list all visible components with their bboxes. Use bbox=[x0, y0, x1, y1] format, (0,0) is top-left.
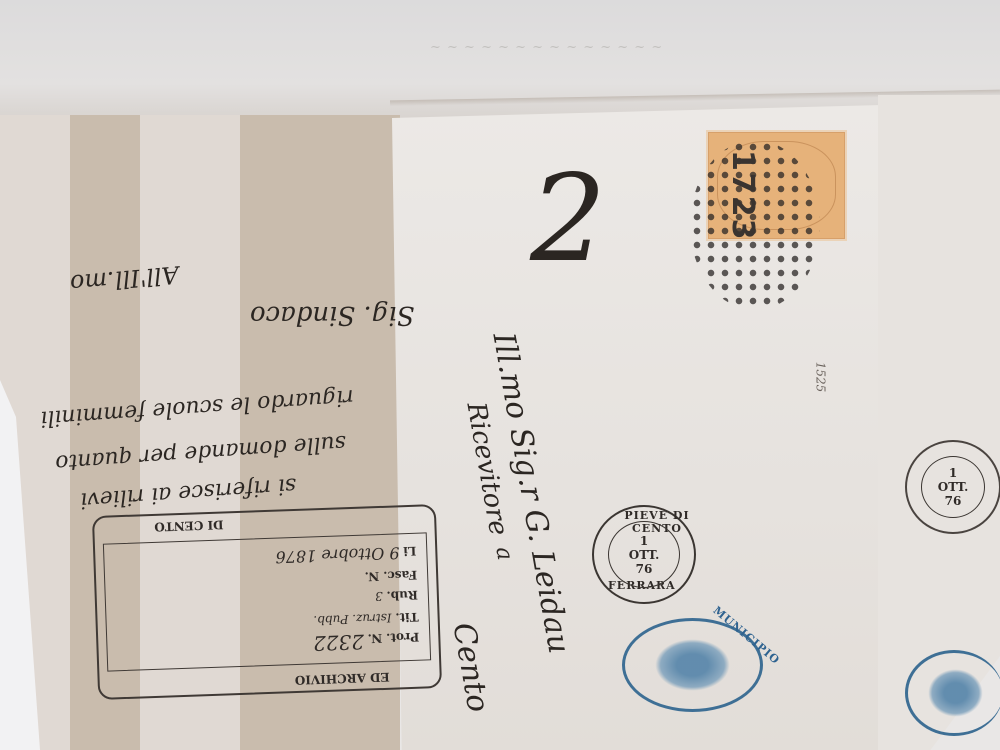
row-label: Tit. bbox=[395, 610, 419, 625]
row-value: 3 bbox=[375, 589, 383, 603]
faint-bleed-through-text: ~ ~ ~ ~ ~ ~ ~ ~ ~ ~ ~ ~ ~ ~ bbox=[430, 40, 663, 55]
postmark-date: 1 OTT. 76 bbox=[921, 456, 985, 518]
postmark-pieve-di-cento: PIEVE DI CENTO FERRARA 1 OTT. 76 bbox=[592, 505, 696, 604]
protocol-row: Li 9 Ottobre 1876 bbox=[275, 543, 416, 567]
protocol-row: Fasc. N. bbox=[364, 568, 417, 584]
postmark-date: 1 OTT. 76 bbox=[608, 521, 680, 588]
pencil-note: 1525 bbox=[813, 362, 827, 393]
row-value: 9 Ottobre 1876 bbox=[275, 543, 400, 566]
photo-scene: ~ ~ ~ ~ ~ ~ ~ ~ ~ ~ ~ ~ ~ ~ 1723 2 Ill.m… bbox=[0, 0, 1000, 750]
postmark-day: 1 bbox=[949, 466, 957, 480]
seal-emblem bbox=[928, 669, 983, 717]
postmark-month: OTT. bbox=[938, 480, 969, 494]
postmark-month: OTT. bbox=[629, 548, 660, 562]
stamp-top-text: DI CENTO bbox=[154, 517, 224, 533]
postmark-year: 76 bbox=[945, 494, 962, 508]
postage-mark-handwritten: 2 bbox=[530, 150, 606, 289]
postmark-year: 76 bbox=[636, 562, 653, 576]
protocol-archive-stamp: ED ARCHIVIO DI CENTO Prot. N. 2322 Tit. … bbox=[92, 504, 442, 700]
protocol-row: Rub. 3 bbox=[375, 588, 418, 603]
municipio-seal: MUNICIPIO bbox=[622, 618, 763, 712]
row-value: 2322 bbox=[313, 630, 365, 656]
row-value: Istruz. Pubb. bbox=[313, 611, 392, 628]
protocol-row: Tit. Istruz. Pubb. bbox=[313, 610, 419, 628]
row-label: Rub. bbox=[386, 588, 418, 603]
stamp-bottom-text: ED ARCHIVIO bbox=[295, 670, 390, 687]
row-label: Li bbox=[403, 544, 416, 558]
inverted-note-line: Sig. Sindaco bbox=[250, 300, 415, 330]
stamp-inner-frame: Prot. N. 2322 Tit. Istruz. Pubb. Rub. 3 … bbox=[103, 532, 431, 671]
protocol-row: Prot. N. 2322 bbox=[313, 628, 420, 656]
row-label: Prot. N. bbox=[367, 630, 419, 646]
row-label: Fasc. N. bbox=[364, 568, 417, 584]
seal-emblem bbox=[655, 639, 730, 691]
postmark-arrival: 1 OTT. 76 bbox=[905, 440, 1000, 534]
municipio-seal-partial bbox=[905, 650, 1000, 736]
numeral-cancel: 1723 bbox=[725, 150, 760, 242]
postmark-day: 1 bbox=[640, 534, 648, 548]
